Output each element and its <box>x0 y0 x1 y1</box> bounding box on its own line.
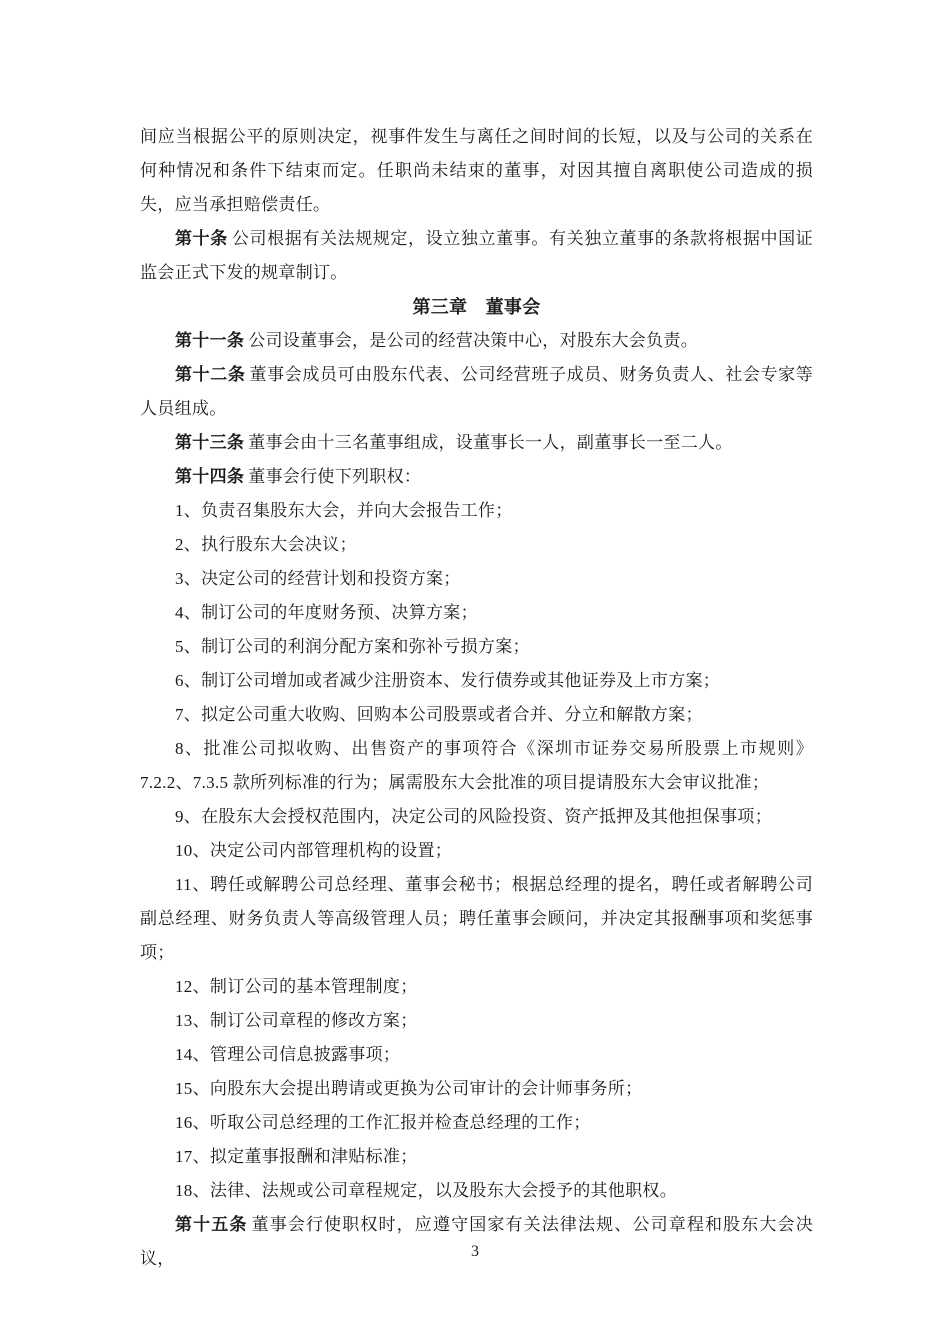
paragraph-text: 公司设董事会，是公司的经营决策中心，对股东大会负责。 <box>248 331 698 350</box>
paragraph-text: 8、批准公司拟收购、出售资产的事项符合《深圳市证券交易所股票上市规则》7.2.2… <box>140 739 813 792</box>
list-item-paragraph: 15、向股东大会提出聘请或更换为公司审计的会计师事务所； <box>140 1072 813 1106</box>
paragraph-text: 第三章 董事会 <box>412 297 540 317</box>
chapter-heading: 第三章 董事会 <box>140 290 813 324</box>
paragraph-text: 3、决定公司的经营计划和投资方案； <box>175 569 461 588</box>
paragraph-text: 16、听取公司总经理的工作汇报并检查总经理的工作； <box>175 1113 591 1132</box>
article-number: 第十一条 <box>175 331 244 350</box>
article-number: 第十五条 <box>175 1215 248 1234</box>
paragraph-text: 公司根据有关法规规定，设立独立董事。有关独立董事的条款将根据中国证监会正式下发的… <box>140 229 813 282</box>
paragraph-text: 10、决定公司内部管理机构的设置； <box>175 841 452 860</box>
paragraph-text: 13、制订公司章程的修改方案； <box>175 1011 418 1030</box>
list-item-paragraph: 9、在股东大会授权范围内，决定公司的风险投资、资产抵押及其他担保事项； <box>140 800 813 834</box>
list-item-paragraph: 1、负责召集股东大会，并向大会报告工作； <box>140 494 813 528</box>
paragraph-text: 12、制订公司的基本管理制度； <box>175 977 418 996</box>
article-paragraph: 第十四条董事会行使下列职权： <box>140 460 813 494</box>
paragraph-text: 董事会由十三名董事组成，设董事长一人，副董事长一至二人。 <box>248 433 732 452</box>
article-number: 第十条 <box>175 229 228 248</box>
article-paragraph: 第十二条董事会成员可由股东代表、公司经营班子成员、财务负责人、社会专家等人员组成… <box>140 358 813 426</box>
paragraph-text: 董事会行使下列职权： <box>248 467 421 486</box>
paragraph-text: 4、制订公司的年度财务预、决算方案； <box>175 603 478 622</box>
page-number: 3 <box>471 1243 479 1260</box>
list-item-paragraph: 2、执行股东大会决议； <box>140 528 813 562</box>
list-item-paragraph: 12、制订公司的基本管理制度； <box>140 970 813 1004</box>
article-paragraph: 第十一条公司设董事会，是公司的经营决策中心，对股东大会负责。 <box>140 324 813 358</box>
list-item-paragraph: 5、制订公司的利润分配方案和弥补亏损方案； <box>140 630 813 664</box>
paragraph-text: 2、执行股东大会决议； <box>175 535 357 554</box>
paragraph-text: 9、在股东大会授权范围内，决定公司的风险投资、资产抵押及其他担保事项； <box>175 807 772 826</box>
list-item-paragraph: 13、制订公司章程的修改方案； <box>140 1004 813 1038</box>
paragraph-text: 7、拟定公司重大收购、回购本公司股票或者合并、分立和解散方案； <box>175 705 703 724</box>
list-item-paragraph: 8、批准公司拟收购、出售资产的事项符合《深圳市证券交易所股票上市规则》7.2.2… <box>140 732 813 800</box>
article-paragraph: 第十条公司根据有关法规规定，设立独立董事。有关独立董事的条款将根据中国证监会正式… <box>140 222 813 290</box>
paragraph-text: 11、聘任或解聘公司总经理、董事会秘书；根据总经理的提名，聘任或者解聘公司副总经… <box>140 875 813 962</box>
paragraph-text: 14、管理公司信息披露事项； <box>175 1045 400 1064</box>
list-item-paragraph: 17、拟定董事报酬和津贴标准； <box>140 1140 813 1174</box>
list-item-paragraph: 7、拟定公司重大收购、回购本公司股票或者合并、分立和解散方案； <box>140 698 813 732</box>
paragraph-text: 1、负责召集股东大会，并向大会报告工作； <box>175 501 513 520</box>
body-paragraph: 间应当根据公平的原则决定，视事件发生与离任之间时间的长短，以及与公司的关系在何种… <box>140 120 813 222</box>
list-item-paragraph: 4、制订公司的年度财务预、决算方案； <box>140 596 813 630</box>
paragraph-text: 5、制订公司的利润分配方案和弥补亏损方案； <box>175 637 530 656</box>
paragraph-text: 间应当根据公平的原则决定，视事件发生与离任之间时间的长短，以及与公司的关系在何种… <box>140 127 813 214</box>
article-number: 第十四条 <box>175 467 244 486</box>
article-paragraph: 第十三条董事会由十三名董事组成，设董事长一人，副董事长一至二人。 <box>140 426 813 460</box>
paragraph-text: 18、法律、法规或公司章程规定，以及股东大会授予的其他职权。 <box>175 1181 677 1200</box>
document-body: 间应当根据公平的原则决定，视事件发生与离任之间时间的长短，以及与公司的关系在何种… <box>140 120 813 1276</box>
paragraph-text: 6、制订公司增加或者减少注册资本、发行债券或其他证券及上市方案； <box>175 671 720 690</box>
list-item-paragraph: 16、听取公司总经理的工作汇报并检查总经理的工作； <box>140 1106 813 1140</box>
page-footer: 3 <box>0 1242 950 1262</box>
document-page: 间应当根据公平的原则决定，视事件发生与离任之间时间的长短，以及与公司的关系在何种… <box>0 0 950 1344</box>
list-item-paragraph: 11、聘任或解聘公司总经理、董事会秘书；根据总经理的提名，聘任或者解聘公司副总经… <box>140 868 813 970</box>
list-item-paragraph: 10、决定公司内部管理机构的设置； <box>140 834 813 868</box>
paragraph-text: 17、拟定董事报酬和津贴标准； <box>175 1147 418 1166</box>
list-item-paragraph: 14、管理公司信息披露事项； <box>140 1038 813 1072</box>
paragraph-text: 15、向股东大会提出聘请或更换为公司审计的会计师事务所； <box>175 1079 642 1098</box>
list-item-paragraph: 3、决定公司的经营计划和投资方案； <box>140 562 813 596</box>
list-item-paragraph: 6、制订公司增加或者减少注册资本、发行债券或其他证券及上市方案； <box>140 664 813 698</box>
list-item-paragraph: 18、法律、法规或公司章程规定，以及股东大会授予的其他职权。 <box>140 1174 813 1208</box>
article-number: 第十三条 <box>175 433 244 452</box>
article-number: 第十二条 <box>175 365 245 384</box>
